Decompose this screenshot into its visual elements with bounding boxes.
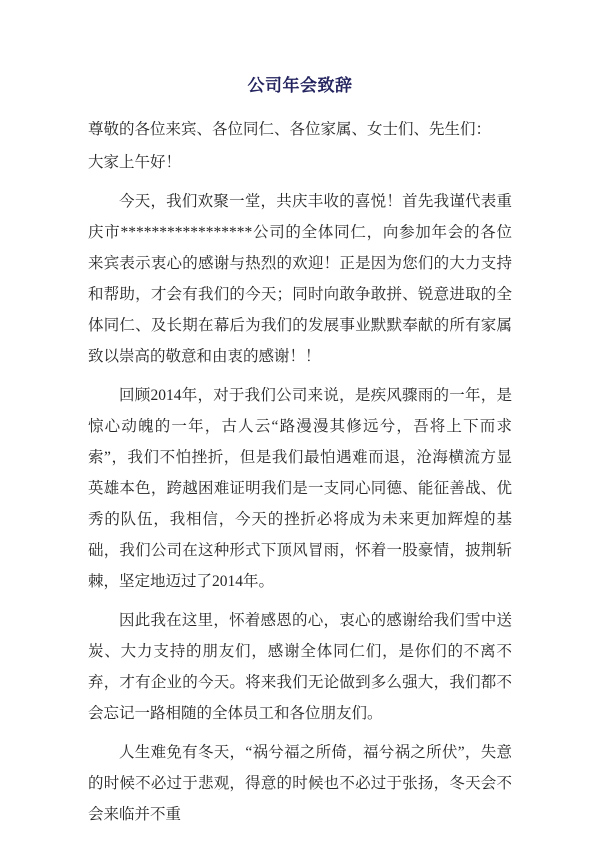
document-page: 公司年会致辞 尊敬的各位来宾、各位同仁、各位家属、女士们、先生们： 大家上午好！… bbox=[0, 0, 600, 849]
paragraph-life-winter: 人生难免有冬天，“祸兮福之所倚，福兮祸之所伏”，失意的时候不必过于悲观，得意的时… bbox=[88, 737, 512, 830]
document-title: 公司年会致辞 bbox=[88, 76, 512, 96]
salutation-line: 尊敬的各位来宾、各位同仁、各位家属、女士们、先生们： bbox=[88, 114, 512, 145]
paragraph-review-2014: 回顾2014年，对于我们公司来说，是疾风骤雨的一年，是惊心动魄的一年，古人云“路… bbox=[88, 380, 512, 597]
paragraph-gratitude: 因此我在这里，怀着感恩的心，衷心的感谢给我们雪中送炭、大力支持的朋友们，感谢全体… bbox=[88, 605, 512, 729]
greeting-line: 大家上午好！ bbox=[88, 147, 512, 178]
paragraph-welcome-thanks: 今天，我们欢聚一堂，共庆丰收的喜悦！首先我谨代表重庆市*************… bbox=[88, 186, 512, 372]
